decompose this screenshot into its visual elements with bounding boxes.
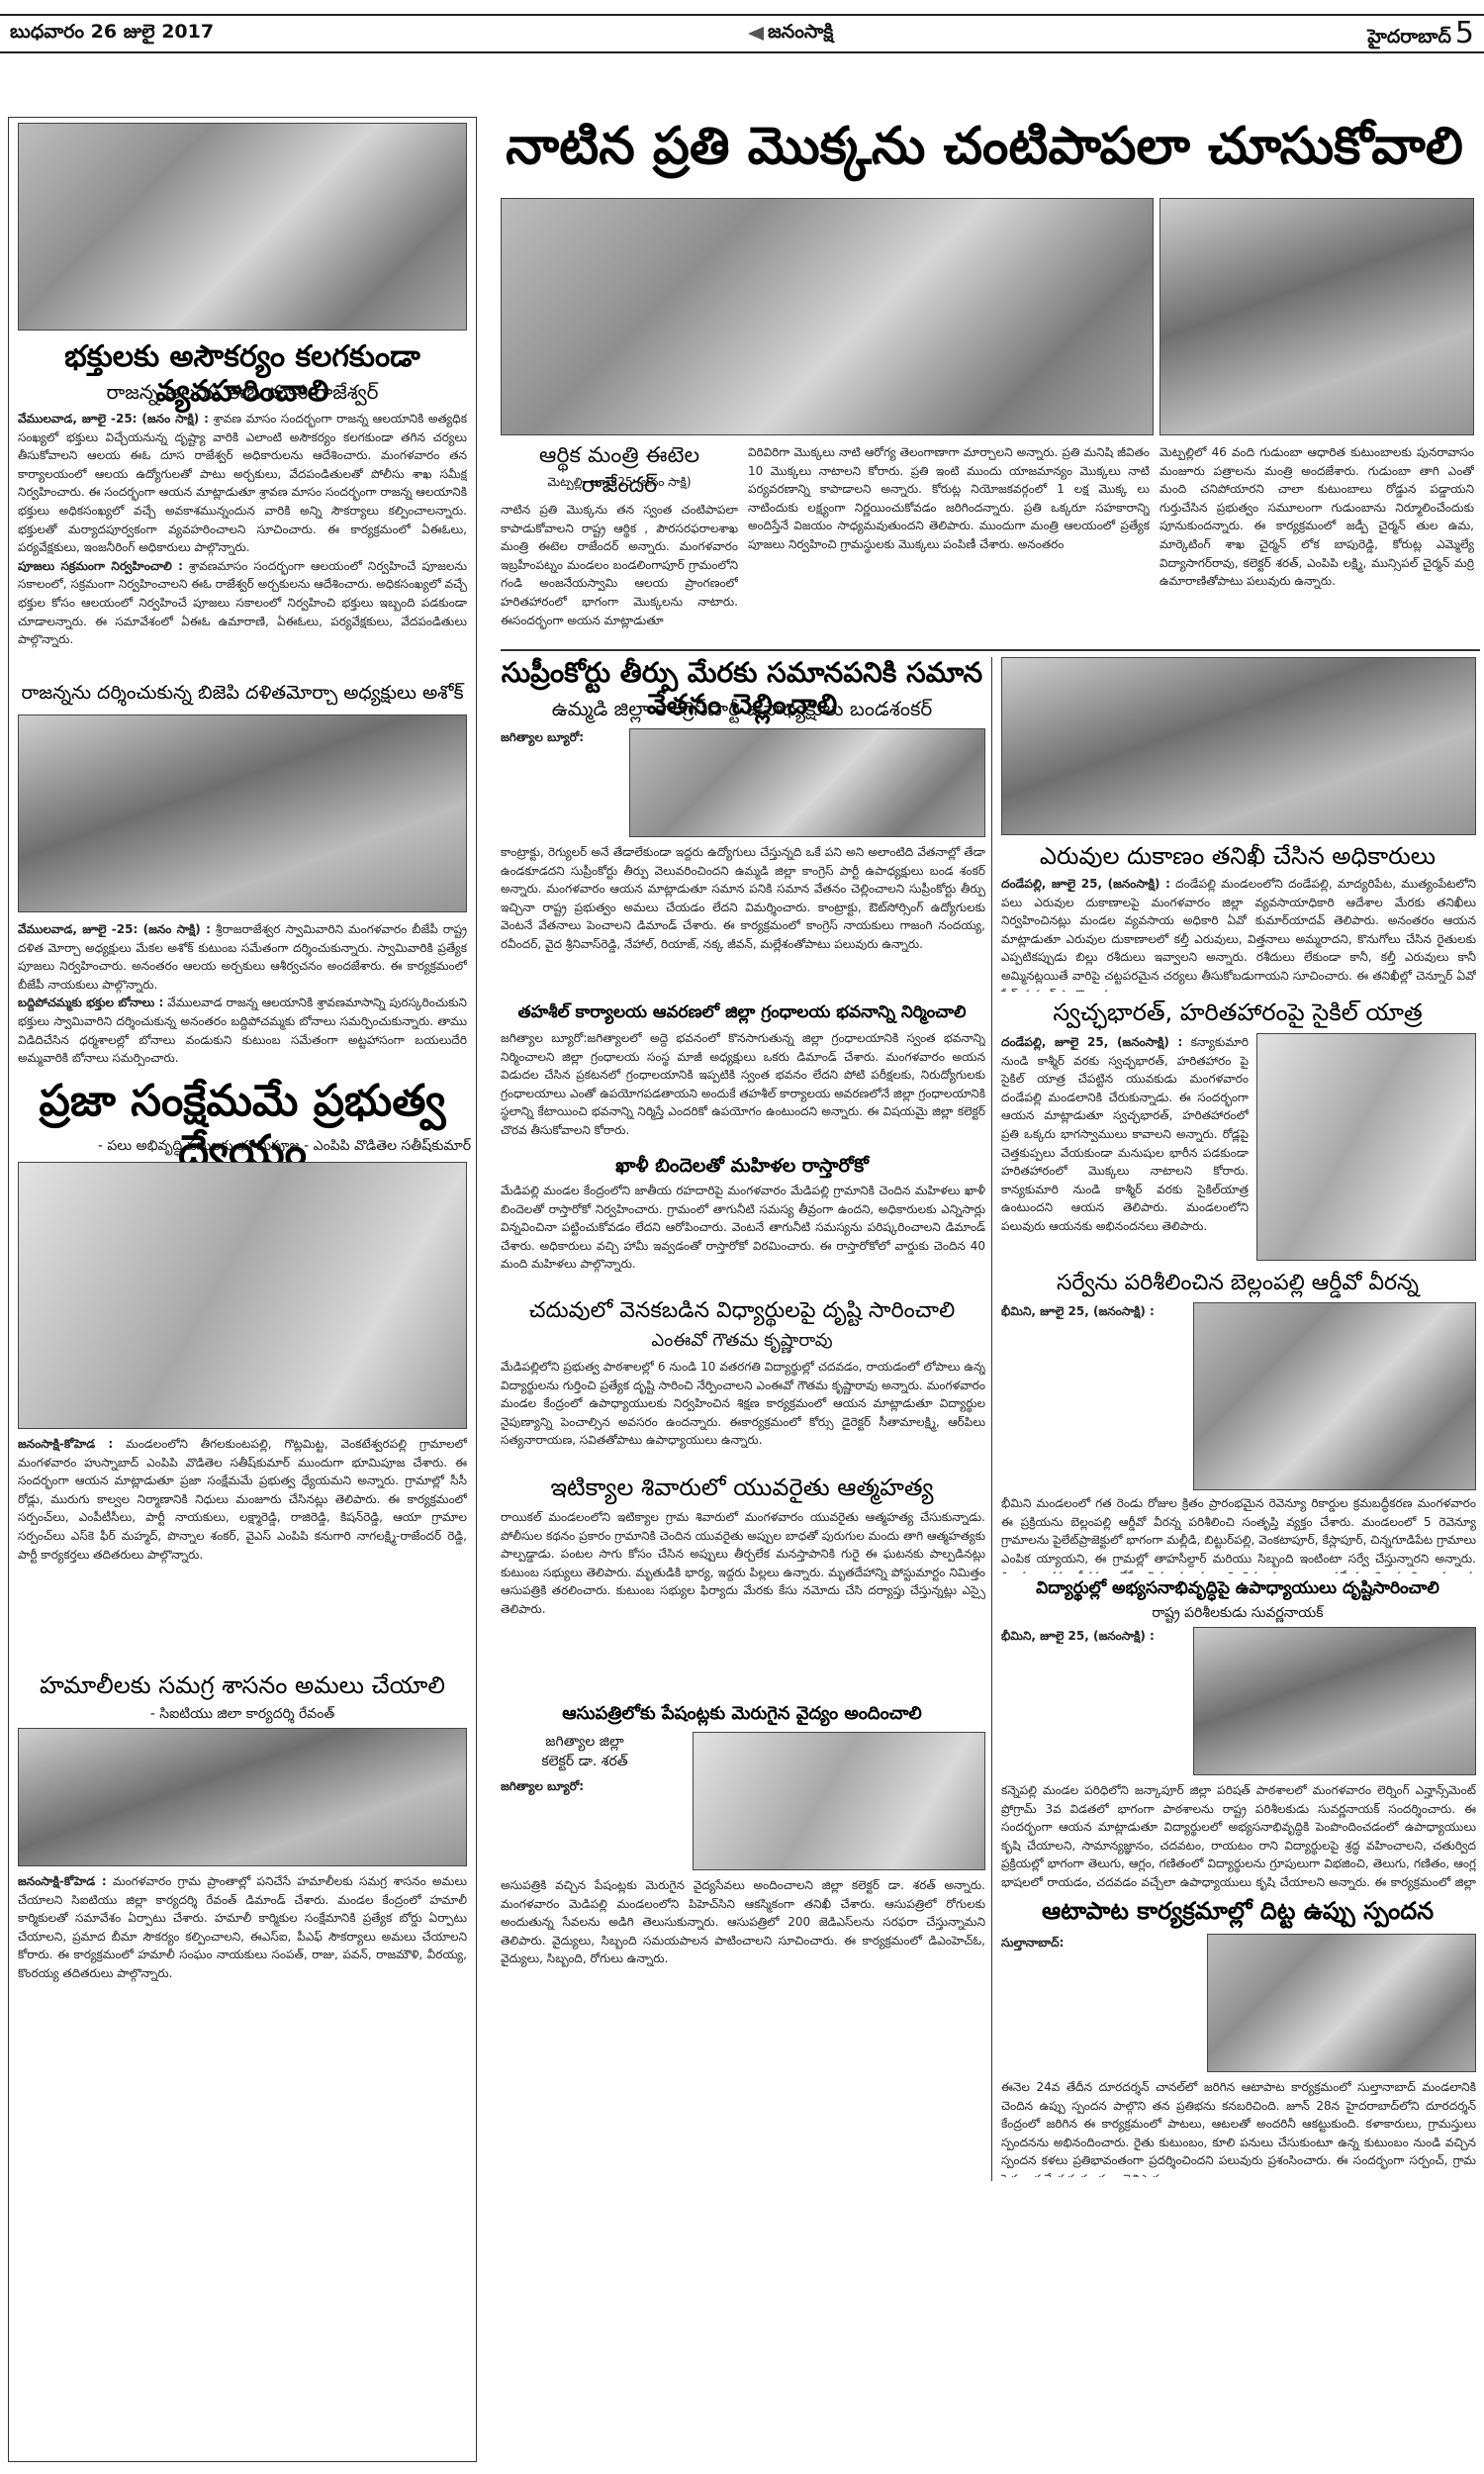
body-mahila: మేడిపల్లి మండల కేంద్రంలోని జాతీయ రహదారిప… [501, 1182, 985, 1290]
body-teachers-intro: భీమిని, జూలై 25, (జనంసాక్షి) : [1001, 1627, 1187, 1775]
article-text: శ్రావణ మాసం సందర్భంగా రాజన్న ఆలయానికి అత… [18, 412, 467, 554]
photo-minister-event [501, 198, 1154, 435]
subhead-hospital-1: జగిత్యాల జిల్లా [501, 1734, 669, 1753]
photo-cyclist [1256, 1033, 1476, 1261]
dateline: వేములవాడ, జూలై -25: (జనం సాక్షి) : [18, 922, 211, 936]
headline-mahila: ఖాళీ బిందెలతో మహిళల రాస్తారోకో [495, 1156, 989, 1178]
photo-congress-leaders [629, 728, 985, 837]
headline-survey: సర్వేను పరిశీలించిన బెల్లంపల్లి ఆర్డీవో … [995, 1271, 1480, 1295]
photo-ao-meeting [18, 123, 467, 331]
headline-fertilizer: ఎరువుల దుకాణం తనిఖీ చేసిన అధికారులు [995, 843, 1480, 871]
photo-aatapaata-group [1207, 1934, 1476, 2072]
headline-suicide: ఇటిక్యాల శివారులో యువరైతు ఆత్మహత్య [495, 1475, 989, 1502]
dateline: జనంసాక్షి-కోహెడ : [18, 1874, 107, 1888]
dateline: భీమిని, జూలై 25, (జనంసాక్షి) : [1001, 1629, 1155, 1643]
lead-body-col2: విరివిరిగా మొక్కలు నాటి ఆరోగ్య తెలంగాణాగ… [748, 443, 1150, 643]
photo-school-visit [1193, 1627, 1476, 1775]
dateline: దండేపల్లి, జూలై 25, (జనంసాక్షి) : [1001, 1035, 1182, 1049]
lead-headline: నాటిన ప్రతి మొక్కను చంటిపాపలా చూసుకోవాలి [490, 117, 1479, 176]
paper-logo: జనంసాక్షి [748, 21, 833, 48]
dateline: జగిత్యాల బ్యూరో: [501, 1779, 584, 1793]
subhead-praja: - పలు అభివృద్ధి పనులకు భూమిపూజ - ఎంపిపి … [14, 1138, 471, 1157]
body-chaduvu: మేడిపల్లిలోని ప్రభుత్వ పాఠశాలల్లో 6 నుండ… [501, 1358, 985, 1467]
body-aatapaata: ఈనెల 24వ తేదీన దూరదర్శన్ చానల్‌లో జరిగిన… [1001, 2078, 1476, 2177]
headline-hamali: హమాలీలకు సమగ్ర శాసనం అమలు చేయాలి [14, 1672, 471, 1700]
body-hamali: జనంసాక్షి-కోహెడ : మంగళవారం గ్రామ ప్రాంతా… [18, 1872, 467, 1991]
body-supreme: కాంట్రాక్టు, రెగ్యులర్ అనే తేడాలేకుండా ఇ… [501, 843, 985, 998]
lead-body-col1: నాటిన ప్రతి మొక్కను తన స్వంత చంటిపాపలా క… [501, 501, 738, 643]
dateline: దండేపల్లి, జూలై 25, (జనంసాక్షి) : [1001, 877, 1170, 891]
page-number: 5 [1455, 16, 1474, 50]
issue-date: బుధవారం 26 జులై 2017 [10, 21, 214, 48]
headline-cycle: స్వచ్ఛభారత్, హరితహారంపై సైకిల్ యాత్ర [995, 999, 1480, 1027]
page-info: హైదరాబాద్ 5 [1367, 16, 1474, 52]
body-bhaktulu: వేములవాడ, జూలై -25: (జనం సాక్షి) : శ్రావ… [18, 410, 467, 669]
subhead-chaduvu: ఎంఈవో గౌతమ కృష్ణారావు [495, 1330, 989, 1352]
photo-hamali-workers [18, 1728, 467, 1866]
lead-dateline: మెట్పల్లి, జూలై 25 (జనం సాక్షి) [501, 475, 738, 492]
subsection-heading: బద్దిపోచమ్మకు భక్తుల బోనాలు : [18, 996, 163, 1009]
logo-icon [748, 27, 764, 41]
body-teachers: కన్నెపల్లి మండల పరిధిలోని జన్కాపూర్ జిల్… [1001, 1781, 1476, 1892]
column-divider [991, 657, 992, 2181]
headline-teachers: విద్యార్థుల్లో అభ్యసనాభివృద్ధిపై ఉపాధ్యా… [995, 1579, 1480, 1599]
body-supreme-intro: జగిత్యాల బ్యూరో: [501, 728, 623, 837]
photo-collector-hospital [693, 1732, 985, 1870]
subhead-teachers: రాష్ట్ర పరిశీలకుడు సువర్ణనాయక్ [995, 1605, 1480, 1624]
article-text: కన్యాకుమారి నుండి కాశ్మీర్ వరకు స్వచ్ఛభా… [1001, 1035, 1249, 1233]
body-suicide: రాయికల్ మండలంలోని ఇటిక్యాల గ్రామ శివారుల… [501, 1508, 985, 1696]
article-text: మంగళవారం గ్రామ ప్రాంతాల్లో పనిచేసే హమాలీ… [18, 1874, 467, 1980]
body-cycle: దండేపల్లి, జూలై 25, (జనంసాక్షి) : కన్యాక… [1001, 1033, 1249, 1261]
body-ashok: వేములవాడ, జూలై -25: (జనం సాక్షి) : శ్రీర… [18, 920, 467, 1069]
body-praja: జనంసాక్షి-కోహెడ : మండలంలోని తీగలకుంటపల్ల… [18, 1435, 467, 1665]
body-hospital-intro: జగిత్యాల బ్యూరో: [501, 1777, 685, 1872]
dateline: జగిత్యాల బ్యూరో: [501, 730, 584, 744]
headline-chaduvu: చదువులో వెనకబడిన విధ్యార్థులపై దృష్టి సా… [495, 1298, 989, 1323]
body-survey-intro: భీమిని, జూలై 25, (జనంసాక్షి) : [1001, 1302, 1189, 1490]
headline-ashok: రాజన్నను దర్శించుకున్న బిజెపి దళితమోర్చా… [14, 683, 471, 705]
subsection-heading: పూజలు సక్రమంగా నిర్వహించాలి : [18, 559, 183, 573]
subhead-bhaktulu: రాజన్న అలయ ఈఓ దూస రాజేశ్వర్ [14, 380, 471, 404]
subhead-supreme: ఉమ్మడి జిల్లా కాంగ్రెస్‌పార్టీ ఉపాధ్యక్ష… [495, 697, 989, 720]
body-aatapaata-intro: సుల్తానాబాద్: [1001, 1934, 1199, 2072]
article-text: మండలంలోని తీగలకుంటపల్లి, గొట్లమిట్ట, వెం… [18, 1437, 467, 1562]
headline-hospital: ఆసుపత్రిలోకు పేషంట్లకు మెరుగైన వైద్యం అం… [495, 1704, 989, 1725]
body-survey: భీమిని మండలంలో గత రెండు రోజుల క్రితం ప్ర… [1001, 1494, 1476, 1573]
masthead: బుధవారం 26 జులై 2017 జనంసాక్షి హైదరాబాద్… [0, 14, 1484, 53]
section-divider [501, 649, 1480, 651]
city-name: హైదరాబాద్ [1367, 26, 1451, 52]
subhead-hospital-2: కలెక్టర్ డా. శరత్ [501, 1754, 669, 1772]
dateline: భీమిని, జూలై 25, (జనంసాక్షి) : [1001, 1304, 1155, 1318]
dateline: వేములవాడ, జూలై -25: (జనం సాక్షి) : [18, 412, 209, 426]
photo-revenue-survey [1193, 1302, 1476, 1490]
headline-library: తహశీల్ కార్యాలయ ఆవరణలో జిల్లా గ్రంధాలయ భ… [495, 1003, 989, 1023]
subhead-hamali: - సిఐటియు జిలా కార్యదర్శి రేవంత్ [14, 1706, 471, 1725]
dateline: సుల్తానాబాద్: [1001, 1936, 1064, 1950]
article-text: దండేపల్లి మండలంలోని దండేపల్లి, మాద్యరిపే… [1001, 877, 1476, 992]
lead-body-col3: మెట్పల్లిలో 46 వంది గుడుంబా ఆధారిత కుటుం… [1159, 443, 1474, 643]
paper-name: జనంసాక్షి [768, 21, 833, 48]
body-hospital: అసుపత్రికి వచ్చిన పేషంట్లకు మెరుగైన వైద్… [501, 1876, 985, 1995]
photo-fertilizer-shop [1001, 657, 1476, 835]
body-fertilizer: దండేపల్లి, జూలై 25, (జనంసాక్షి) : దండేపల… [1001, 875, 1476, 992]
dateline: జనంసాక్షి-కోహెడ : [18, 1437, 113, 1451]
photo-bonalu-procession [18, 714, 467, 912]
photo-bhoomi-puja [18, 1162, 467, 1429]
headline-aatapaata: ఆటాపాట కార్యక్రమాల్లో దిట్ట ఉప్పు స్పందన [995, 1898, 1480, 1926]
body-library: జగిత్యాల బ్యూరో:జగిత్యాలలో అద్దె భవనంలో … [501, 1029, 985, 1148]
photo-rehab-distribution [1159, 198, 1474, 435]
lead-subhead: ఆర్థిక మంత్రి ఈటెల రాజేందర్ [501, 443, 738, 503]
